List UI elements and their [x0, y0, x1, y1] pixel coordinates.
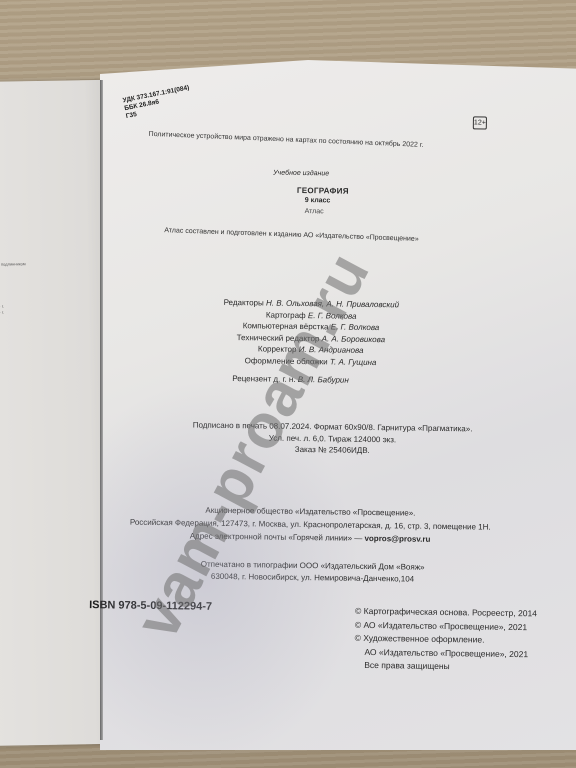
copyright-block: © Картографическая основа. Росреестр, 20… — [354, 605, 537, 675]
printer-info: Отпечатано в типографии ООО «Издательски… — [172, 558, 452, 586]
udk-bbk-codes: УДК 373.167.1:91(084) ББК 26.8я6 Г35 — [122, 84, 193, 121]
print-info: Подписано в печать 08.07.2024. Формат 60… — [177, 419, 487, 458]
imprint-content: УДК 373.167.1:91(084) ББК 26.8я6 Г35 12+… — [0, 0, 576, 768]
political-note: Политическое устройство мира отражено на… — [148, 131, 423, 149]
credit-row: Оформление обложки Т. А. Гущина — [200, 354, 420, 369]
credits-list: Редакторы Н. В. Ольховая, А. Н. Привалов… — [200, 297, 421, 369]
book-title: ГЕОГРАФИЯ — [297, 186, 349, 196]
printer-address: 630048, г. Новосибирск, ул. Немировича-Д… — [172, 570, 452, 586]
grade-label: 9 класс — [305, 197, 331, 204]
publisher-email: vopros@prosv.ru — [364, 534, 430, 544]
edition-type: Учебное издание — [273, 170, 329, 178]
isbn: ISBN 978-5-09-112294-7 — [89, 599, 212, 613]
rights-reserved: Все права защищены — [354, 659, 536, 675]
book-subtitle: Атлас — [305, 208, 324, 215]
reviewer: Рецензент д. г. н. В. Л. Бабурин — [232, 374, 349, 385]
age-rating-badge: 12+ — [473, 116, 487, 129]
compiled-note: Атлас составлен и подготовлен к изданию … — [164, 227, 419, 243]
publisher-info: Акционерное общество «Издательство «Прос… — [80, 502, 540, 547]
